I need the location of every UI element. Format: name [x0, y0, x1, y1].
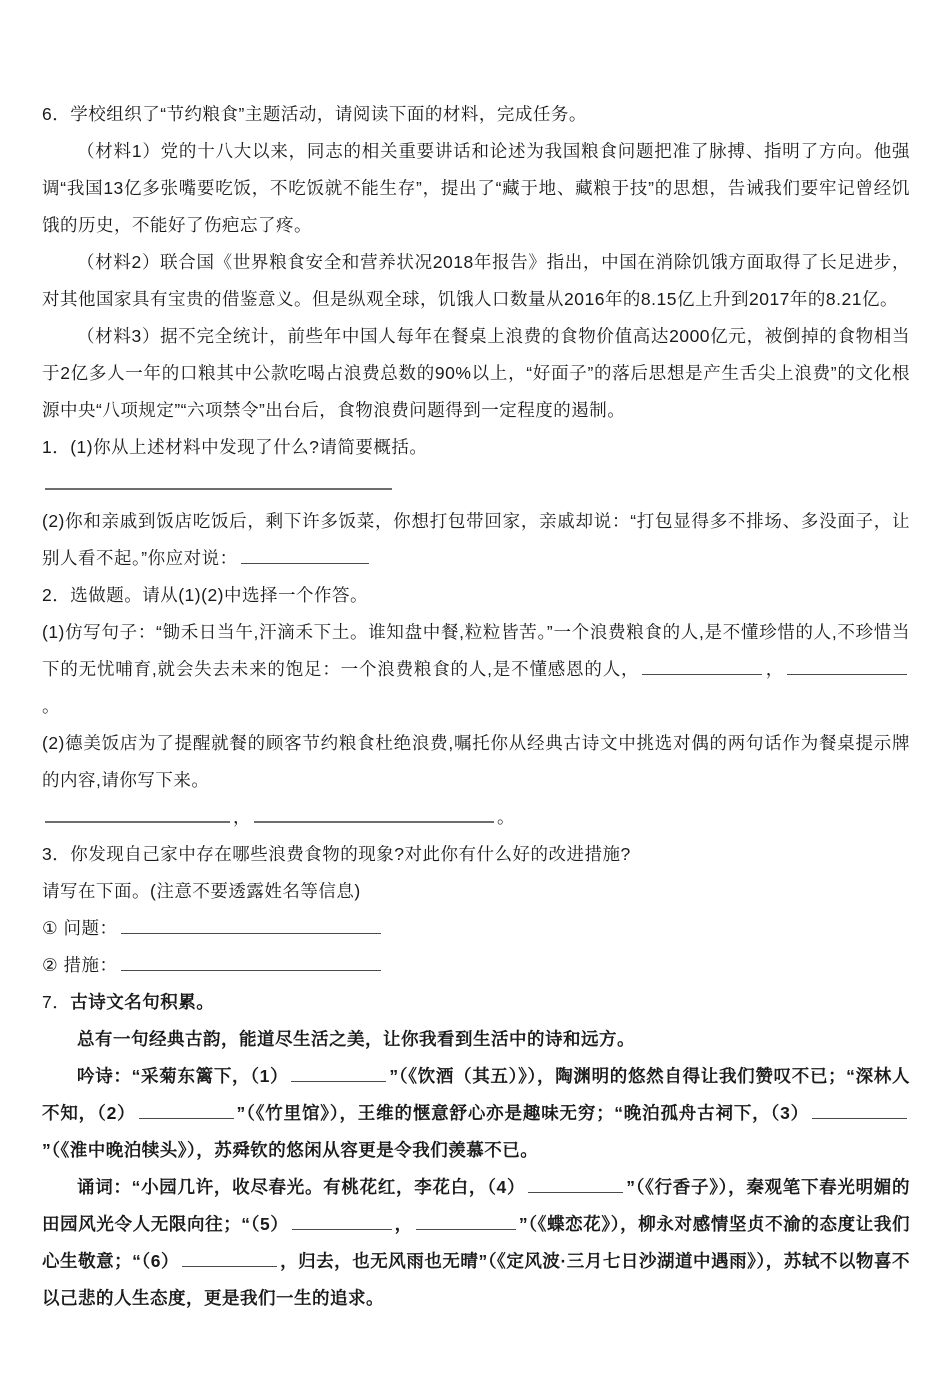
answer-blank	[642, 657, 762, 675]
answer-blank	[139, 1101, 234, 1119]
answer-blank	[528, 1175, 623, 1193]
q2-prompt: 2．选做题。请从(1)(2)中选择一个作答。	[42, 577, 910, 614]
text-run: 。	[497, 807, 515, 827]
text-run: 诵词：“小园几许，收尽春光。有桃花红，李花白，（4）	[77, 1177, 525, 1197]
q7-title: 7．古诗文名句积累。	[42, 984, 910, 1021]
text-run: 7．	[42, 992, 70, 1012]
text-run: 总有一句经典古韵，能道尽生活之美，让你我看到生活中的诗和远方。	[77, 1029, 635, 1049]
answer-blank	[45, 471, 392, 490]
text-run: 6．学校组织了“节约粮食”主题活动，请阅读下面的材料，完成任务。	[42, 104, 587, 124]
answer-blank	[121, 916, 381, 934]
answer-blank	[254, 804, 494, 823]
q1-part1-prompt: 1．(1)你从上述材料中发现了什么?请简要概括。	[42, 429, 910, 466]
q6-prompt: 6．学校组织了“节约粮食”主题活动，请阅读下面的材料，完成任务。	[42, 96, 910, 133]
material-1: （材料1）党的十八大以来，同志的相关重要讲话和论述为我国粮食问题把准了脉搏、指明…	[42, 133, 910, 244]
text-run: 请写在下面。(注意不要透露姓名等信息)	[42, 881, 361, 901]
q3-measure-line: ② 措施：	[42, 947, 910, 984]
text-run: ”（《淮中晚泊犊头》），苏舜钦的悠闲从容更是令我们羡慕不已。	[42, 1140, 538, 1160]
answer-blank	[241, 546, 369, 564]
text-run: ，	[765, 659, 784, 679]
q7-ci: 诵词：“小园几许，收尽春光。有桃花红，李花白，（4）”（《行香子》），秦观笔下春…	[42, 1169, 910, 1317]
material-2: （材料2）联合国《世界粮食安全和营养状况2018年报告》指出，中国在消除饥饿方面…	[42, 244, 910, 318]
text-run: 古诗文名句积累。	[70, 992, 214, 1012]
answer-blank	[416, 1212, 516, 1230]
document-page: 6．学校组织了“节约粮食”主题活动，请阅读下面的材料，完成任务。（材料1）党的十…	[0, 0, 950, 1377]
q2-option2: (2)德美饭店为了提醒就餐的顾客节约粮食杜绝浪费,嘱托你从经典古诗文中挑选对偶的…	[42, 725, 910, 799]
q3-note: 请写在下面。(注意不要透露姓名等信息)	[42, 873, 910, 910]
q3-problem-line: ① 问题：	[42, 910, 910, 947]
answer-blank	[292, 1212, 392, 1230]
text-run: （材料3）据不完全统计，前些年中国人每年在餐桌上浪费的食物价值高达2000亿元，…	[42, 326, 910, 420]
text-run: 。	[42, 696, 60, 716]
text-run: （材料2）联合国《世界粮食安全和营养状况2018年报告》指出，中国在消除饥饿方面…	[42, 252, 910, 309]
text-run: 3．你发现自己家中存在哪些浪费食物的现象?对此你有什么好的改进措施?	[42, 844, 631, 864]
q3-prompt: 3．你发现自己家中存在哪些浪费食物的现象?对此你有什么好的改进措施?	[42, 836, 910, 873]
answer-blank	[787, 657, 907, 675]
q1-part2-prompt: (2)你和亲戚到饭店吃饭后，剩下许多饭菜，你想打包带回家，亲戚却说：“打包显得多…	[42, 503, 910, 577]
text-run: 2．选做题。请从(1)(2)中选择一个作答。	[42, 585, 368, 605]
document-body: 6．学校组织了“节约粮食”主题活动，请阅读下面的材料，完成任务。（材料1）党的十…	[42, 96, 910, 1317]
text-run: ”（《竹里馆》），王维的惬意舒心亦是趣味无穷；“晚泊孤舟古祠下，（3）	[237, 1103, 809, 1123]
text-run: （材料1）党的十八大以来，同志的相关重要讲话和论述为我国粮食问题把准了脉搏、指明…	[42, 141, 910, 235]
q7-poems: 吟诗：“采菊东篱下，（1）”（《饮酒（其五）》），陶渊明的悠然自得让我们赞叹不已…	[42, 1058, 910, 1169]
text-run: (2)德美饭店为了提醒就餐的顾客节约粮食杜绝浪费,嘱托你从经典古诗文中挑选对偶的…	[42, 733, 910, 790]
q2-option1: (1)仿写句子：“锄禾日当午,汗滴禾下土。谁知盘中餐,粒粒皆苦。”一个浪费粮食的…	[42, 614, 910, 725]
text-run: 吟诗：“采菊东篱下，（1）	[77, 1066, 288, 1086]
text-run: (2)你和亲戚到饭店吃饭后，剩下许多饭菜，你想打包带回家，亲戚却说：“打包显得多…	[42, 511, 910, 568]
text-run: ，	[395, 1214, 413, 1234]
text-run: ，	[233, 807, 251, 827]
text-run: ② 措施：	[42, 955, 118, 975]
answer-blank	[812, 1101, 907, 1119]
q7-intro: 总有一句经典古韵，能道尽生活之美，让你我看到生活中的诗和远方。	[42, 1021, 910, 1058]
text-run: 1．(1)你从上述材料中发现了什么?请简要概括。	[42, 437, 427, 457]
material-3: （材料3）据不完全统计，前些年中国人每年在餐桌上浪费的食物价值高达2000亿元，…	[42, 318, 910, 429]
answer-blank	[182, 1249, 277, 1267]
q2-option2-answer-line: ，。	[42, 799, 910, 836]
answer-blank	[291, 1064, 386, 1082]
text-run: ① 问题：	[42, 918, 118, 938]
answer-blank	[45, 804, 230, 823]
answer-blank	[121, 953, 381, 971]
q1-part1-answer-line	[42, 466, 910, 503]
